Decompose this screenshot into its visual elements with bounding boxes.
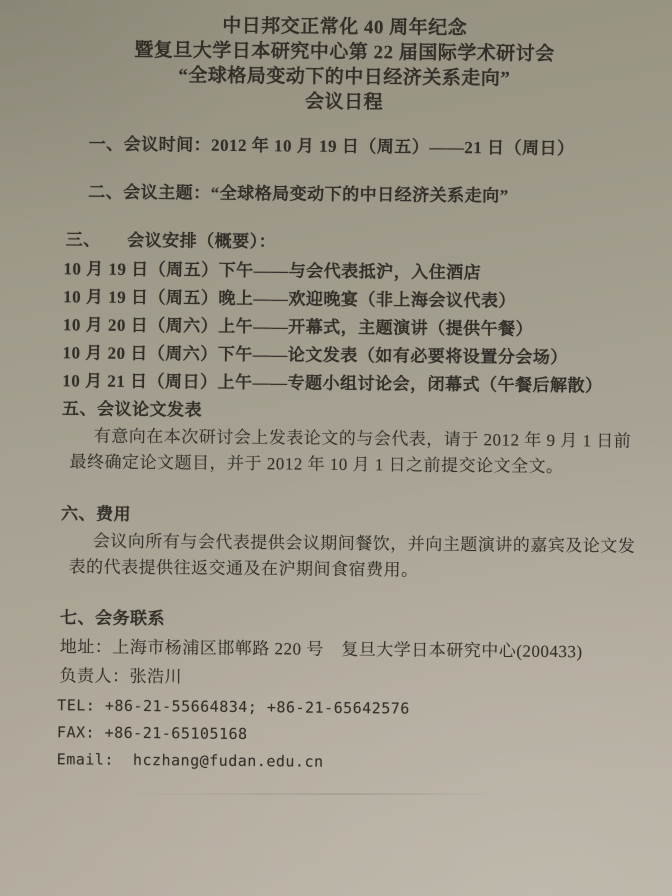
section-fees-body: 会议向所有与会代表提供会议期间餐饮，并向主题演讲的嘉宾及论文发表的代表提供往返交… (68, 528, 638, 585)
section-papers-body: 有意向在本次研讨会上发表论文的与会代表，请于 2012 年 9 月 1 日前最终… (69, 423, 639, 480)
title-line-4: 会议日程 (0, 87, 671, 118)
contact-email: Email: hczhang@fudan.edu.cn (57, 746, 665, 778)
paper-crease (120, 793, 550, 795)
section-agenda-heading: 三、 会议安排（概要）： (66, 228, 670, 258)
document-photo: 中日邦交正常化 40 周年纪念 暨复旦大学日本研究中心第 22 届国际学术研讨会… (0, 0, 672, 896)
agenda-list: 10 月 19 日（周五）下午——与会代表抵沪，入住酒店 10 月 19 日（周… (0, 255, 670, 401)
contact-manager: 负责人：张浩川 (59, 662, 665, 695)
section-contact-heading: 七、会务联系 (60, 606, 666, 636)
section-meeting-time: 一、会议时间：2012 年 10 月 19 日（周五）——21 日（周日） (89, 132, 671, 162)
conference-agenda-page: 中日邦交正常化 40 周年纪念 暨复旦大学日本研究中心第 22 届国际学术研讨会… (0, 0, 672, 778)
section-papers-heading: 五、会议论文发表 (62, 397, 668, 427)
section-meeting-theme: 二、会议主题：“全球格局变动下的中日经济关系走向” (88, 180, 670, 210)
contact-address: 地址：上海市杨浦区邯郸路 220 号 复旦大学日本研究中心(200433) (60, 633, 666, 666)
section-fees-heading: 六、费用 (61, 502, 667, 532)
agenda-item: 10 月 21 日（周日）上午——专题小组讨论会，闭幕式（午餐后解散） (62, 367, 668, 401)
